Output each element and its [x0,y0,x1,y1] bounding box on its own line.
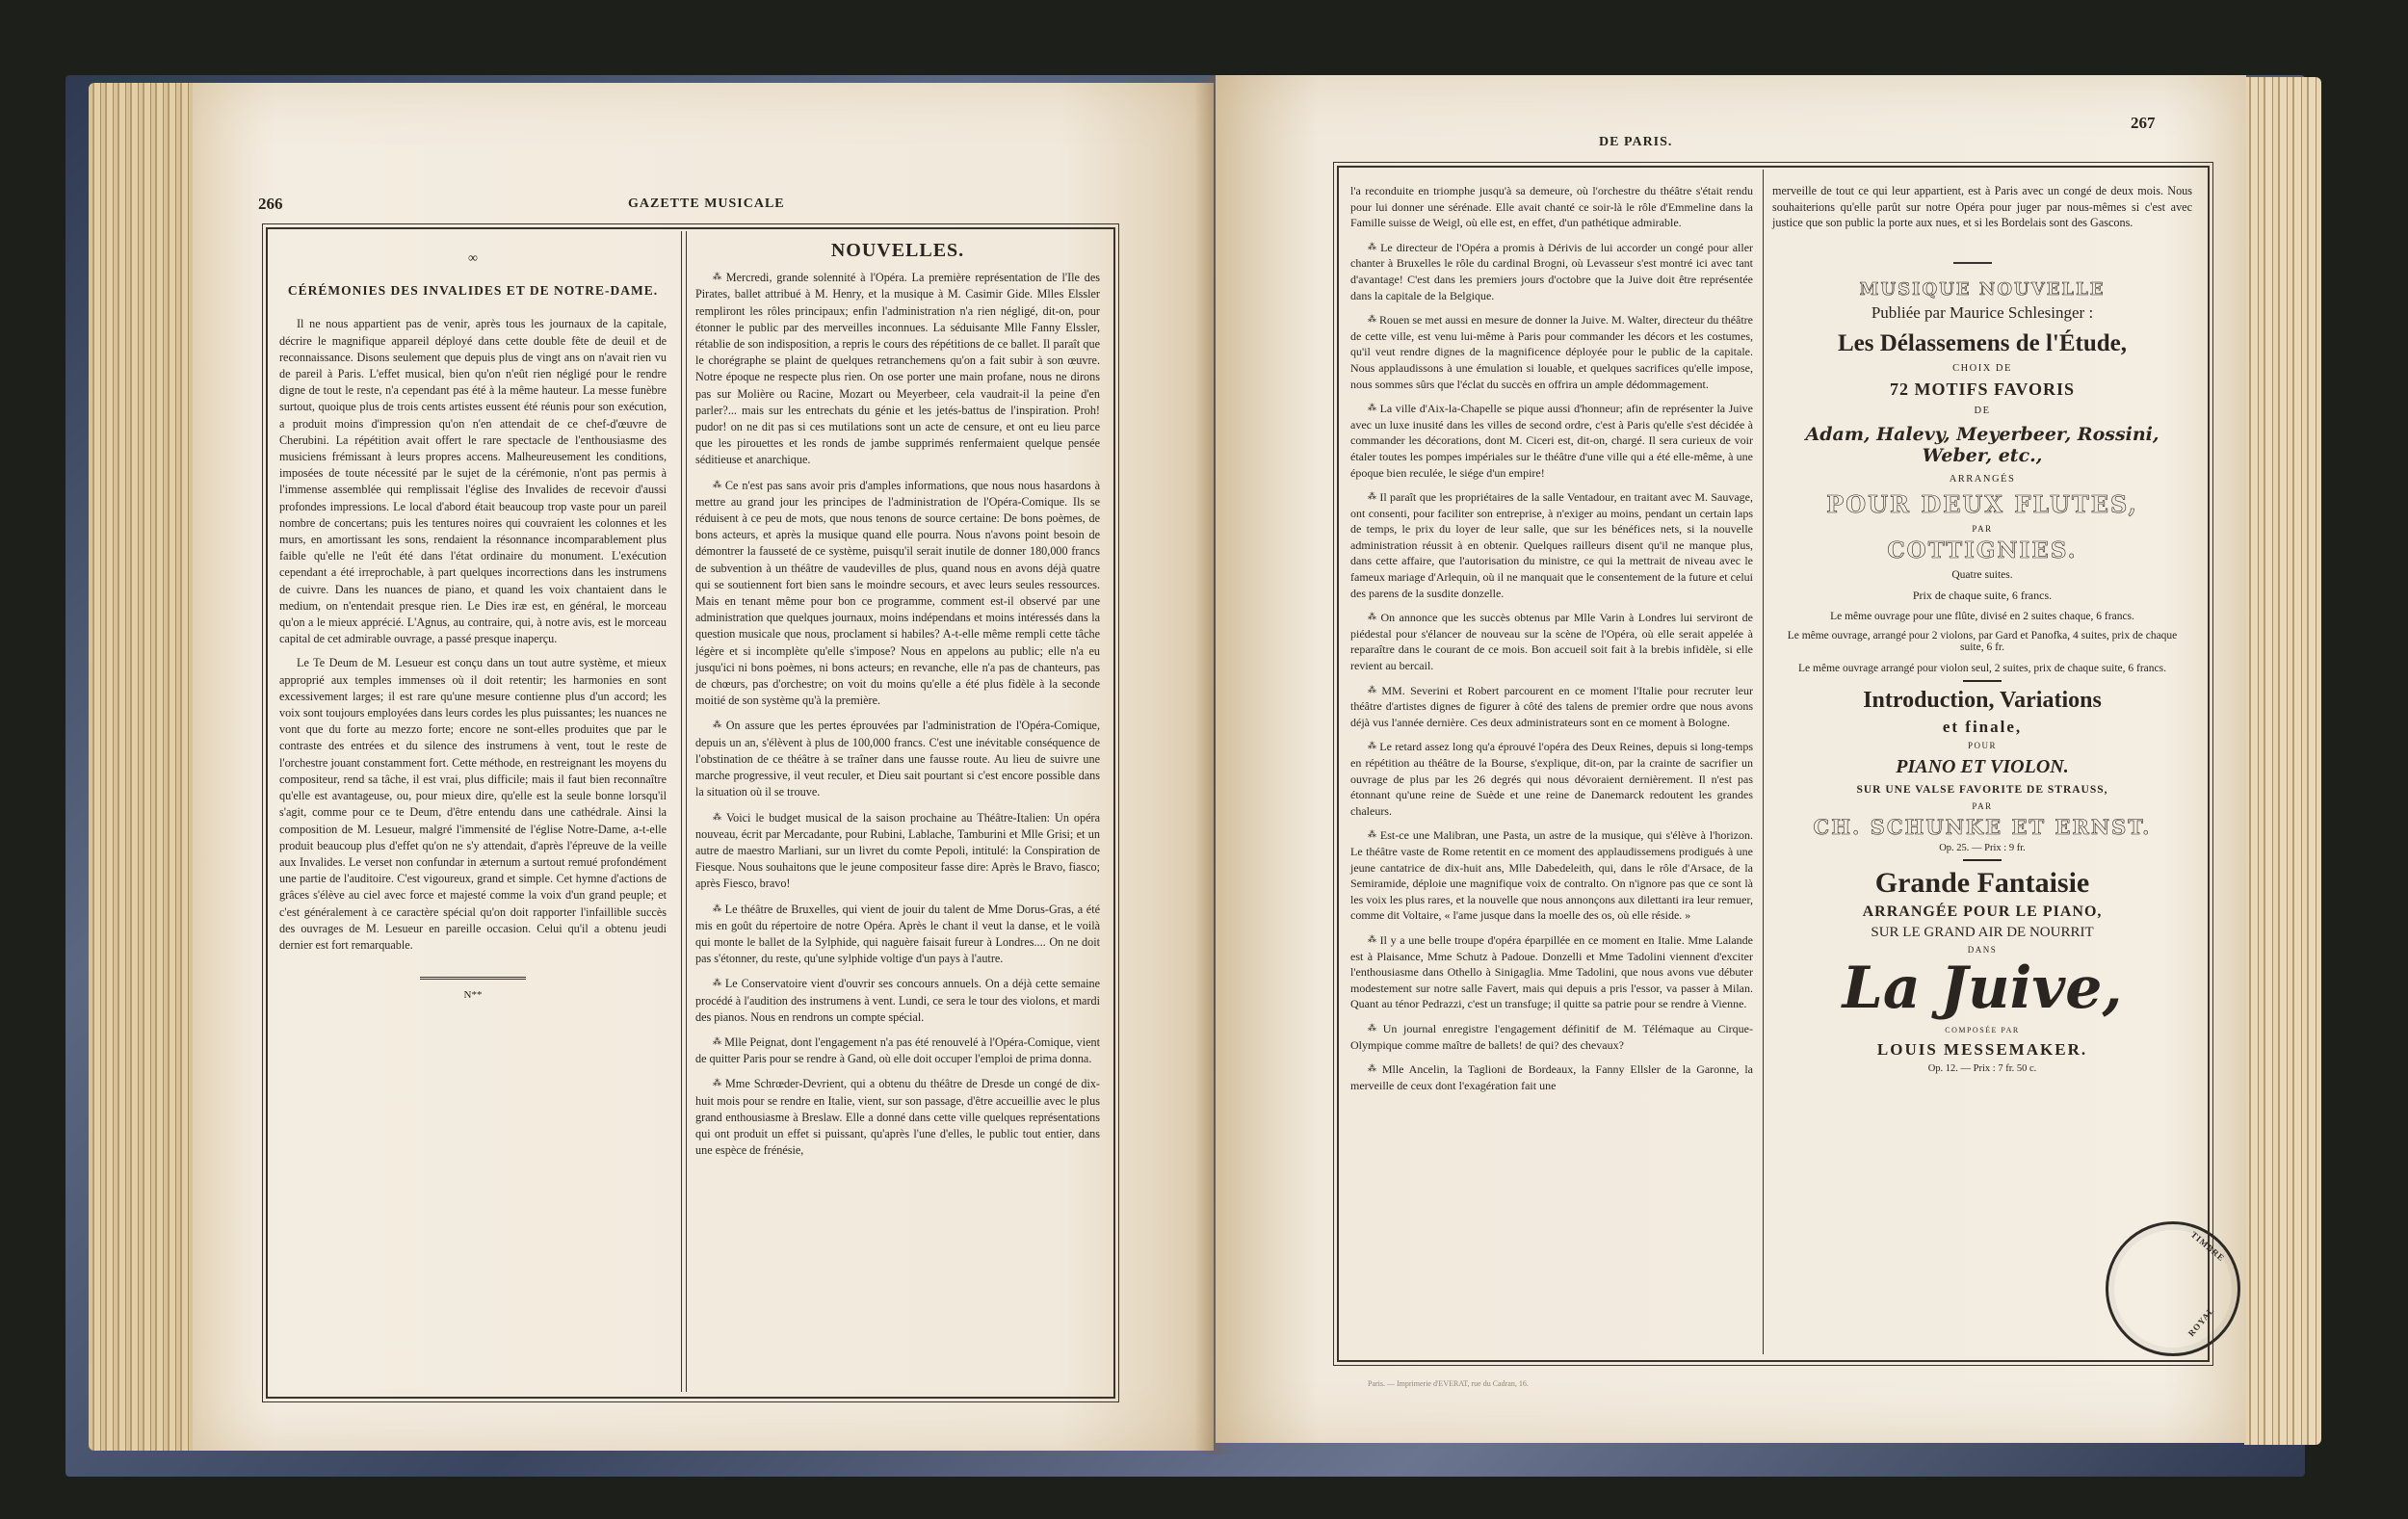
news-item: ⁂On assure que les pertes éprouvées par … [695,717,1100,800]
asterism-icon: ⁂ [713,1036,721,1046]
asterism-icon: ⁂ [713,1078,722,1087]
ad-arranger: COTTIGNIES. [1774,537,2190,563]
asterism-icon: ⁂ [713,480,722,489]
separator-rule [420,977,526,980]
news-item: ⁂Mlle Peignat, dont l'engagement n'a pas… [695,1034,1100,1067]
news-item: ⁂Mlle Ancelin, la Taglioni de Bordeaux, … [1350,1061,1753,1093]
news-item: l'a reconduite en triomphe jusqu'à sa de… [1350,183,1753,231]
asterism-icon: ⁂ [713,272,723,281]
article-paragraph: Il ne nous appartient pas de venir, aprè… [279,316,667,647]
ad-instrument-piano-violon: PIANO ET VIOLON. [1774,756,2190,778]
running-head-right: DE PARIS. [1599,135,1672,150]
page-stack-right [2244,77,2321,1445]
ad-opera-la-juive: La Juive, [1774,955,2190,1022]
timbre-royal-stamp: TIMBRE ROYAL [2106,1221,2240,1356]
continuation-text: merveille de tout ce qui leur appartient… [1772,183,2192,239]
news-item: ⁂Rouen se met aussi en mesure de donner … [1350,311,1753,392]
ad-instrument-flutes: POUR DEUX FLUTES, [1774,490,2190,518]
asterism-icon: ⁂ [1368,685,1378,694]
asterism-icon: ⁂ [1368,829,1377,839]
left-column-divider [681,231,687,1392]
news-item: ⁂Le théâtre de Bruxelles, qui vient de j… [695,901,1100,968]
asterism-icon: ⁂ [1368,741,1376,750]
right-news-column: l'a reconduite en triomphe jusqu'à sa de… [1350,183,1753,1101]
news-item: ⁂Il y a une belle troupe d'opéra éparpil… [1350,931,1753,1012]
asterism-icon: ⁂ [1368,403,1377,412]
ad-composers-schunke-ernst: CH. SCHUNKE ET ERNST. [1774,815,2190,839]
article-paragraph: Le Te Deum de M. Lesueur est conçu dans … [279,655,667,954]
news-item: ⁂Ce n'est pas sans avoir pris d'amples i… [695,477,1100,710]
news-item: ⁂Mercredi, grande solennité à l'Opéra. L… [695,269,1100,468]
asterism-icon: ⁂ [1368,934,1377,944]
asterism-icon: ⁂ [713,904,722,913]
page-number-right: 267 [2131,114,2156,133]
asterism-icon: ⁂ [713,812,723,822]
asterism-icon: ⁂ [1368,314,1376,324]
music-advertisement: MUSIQUE NOUVELLE Publiée par Maurice Sch… [1774,279,2190,1074]
right-column-divider [1763,170,1764,1354]
page-number-left: 266 [258,195,283,214]
news-item: ⁂On annonce que les succès obtenus par M… [1350,609,1753,673]
news-item: ⁂Le Conservatoire vient d'ouvrir ses con… [695,975,1100,1026]
ad-publisher: Publiée par Maurice Schlesinger : [1774,303,2190,323]
article-title: CÉRÉMONIES DES INVALIDES ET DE NOTRE-DAM… [279,282,667,299]
news-item: ⁂Le retard assez long qu'a éprouvé l'opé… [1350,738,1753,819]
news-item: ⁂La ville d'Aix-la-Chapelle se pique aus… [1350,400,1753,481]
running-head-left: GAZETTE MUSICALE [628,196,785,212]
nouvelles-column: NOUVELLES. ⁂Mercredi, grande solennité à… [695,239,1100,1166]
news-item: ⁂Le directeur de l'Opéra a promis à Déri… [1350,239,1753,303]
ad-header: MUSIQUE NOUVELLE [1774,279,2190,300]
article-ceremonies: ∞ CÉRÉMONIES DES INVALIDES ET DE NOTRE-D… [279,243,667,1004]
signature: N** [279,987,667,1004]
asterism-icon: ⁂ [1368,242,1377,251]
news-item: ⁂Voici le budget musical de la saison pr… [695,809,1100,893]
news-item: ⁂Est-ce une Malibran, une Pasta, un astr… [1350,826,1753,924]
news-item: ⁂Mme Schrœder-Devrient, qui a obtenu du … [695,1075,1100,1159]
ad-title-introduction: Introduction, Variations [1774,688,2190,714]
ad-motifs: 72 MOTIFS FAVORIS [1774,380,2190,400]
separator-rule [1963,680,2002,682]
ad-title-delassemens: Les Délassemens de l'Étude, [1774,330,2190,357]
separator-rule [1963,859,2002,861]
news-item: ⁂MM. Severini et Robert parcourent en ce… [1350,682,1753,731]
ad-title-grande-fantaisie: Grande Fantaisie [1774,867,2190,900]
separator-rule [1953,262,1992,264]
ad-composer-messemaker: LOUIS MESSEMAKER. [1774,1040,2190,1060]
asterism-icon: ⁂ [713,720,723,729]
ornament: ∞ [279,250,667,267]
ad-composers: Adam, Halevy, Meyerbeer, Rossini, Weber,… [1774,424,2190,466]
printer-imprint: Paris. — Imprimerie d'EVERAT, rue du Cad… [1368,1379,1529,1388]
asterism-icon: ⁂ [1368,612,1377,621]
asterism-icon: ⁂ [1368,1063,1379,1073]
news-item: ⁂Un journal enregistre l'engagement défi… [1350,1020,1753,1053]
news-item: ⁂Il paraît que les propriétaires de la s… [1350,488,1753,601]
asterism-icon: ⁂ [1368,491,1376,501]
asterism-icon: ⁂ [1368,1023,1380,1033]
nouvelles-title: NOUVELLES. [695,243,1100,259]
asterism-icon: ⁂ [713,978,722,987]
page-stack-left [89,83,195,1451]
